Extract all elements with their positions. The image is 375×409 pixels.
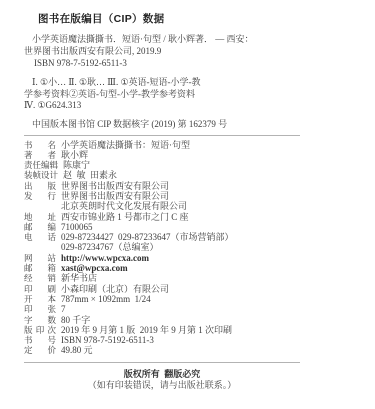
cip-classification-line: Ⅰ. ①小… Ⅱ. ①耿… Ⅲ. ①英语-短语-小学-教 [24, 77, 300, 89]
info-label: 网站 [24, 253, 56, 263]
info-row: 印张7 [24, 304, 300, 314]
divider-top [24, 135, 300, 136]
cip-heading: 图书在版编目（CIP）数据 [24, 13, 300, 25]
info-value-line: 西安市锦业路 1 号都市之门 C 座 [61, 212, 189, 222]
errata-notice: （如有印装错误，请与出版社联系。） [24, 380, 300, 391]
info-row: 字数80 千字 [24, 315, 300, 325]
info-value: 7 [61, 304, 66, 314]
info-value-line: 2019 年 9 月第 1 版 2019 年 9 月第 1 次印刷 [61, 325, 232, 335]
info-value: 世界图书出版西安有限公司北京英朗时代文化发展有限公司 [61, 191, 187, 212]
info-row: 书名小学英语魔法撕撕书：短语·句型 [24, 140, 300, 150]
info-value-line: 7 [61, 304, 66, 314]
info-row: 电话029-87234427 029-87233647（市场营销部）029-87… [24, 232, 300, 253]
info-value-line: 029-87234767（总编室） [61, 242, 234, 252]
info-row: 印刷小森印刷（北京）有限公司 [24, 284, 300, 294]
info-row: 邮编7100065 [24, 222, 300, 232]
cip-classification-line: Ⅳ. ①G624.313 [24, 100, 300, 112]
info-value: 小学英语魔法撕撕书：短语·句型 [61, 140, 190, 150]
info-value-line: 世界图书出版西安有限公司 [61, 181, 169, 191]
info-row: 装帧设计赵 敏 田素永 [24, 170, 300, 180]
info-value: 西安市锦业路 1 号都市之门 C 座 [61, 212, 189, 222]
info-value-line: 新华书店 [61, 273, 97, 283]
info-value: ISBN 978-7-5192-6511-3 [61, 335, 154, 345]
info-value-line: ISBN 978-7-5192-6511-3 [61, 335, 154, 345]
info-label: 开本 [24, 294, 56, 304]
info-value: xast@wpcxa.com [61, 263, 128, 273]
info-label: 发行 [24, 191, 56, 201]
info-value-line: http://www.wpcxa.com [61, 253, 149, 263]
info-label: 著者 [24, 150, 56, 160]
info-value: 赵 敏 田素永 [63, 170, 117, 180]
info-label: 印张 [24, 304, 56, 314]
info-row: 地址西安市锦业路 1 号都市之门 C 座 [24, 212, 300, 222]
info-row: 著者耿小辉 [24, 150, 300, 160]
info-value-line: 陈康宁 [63, 160, 90, 170]
publication-info-table: 书名小学英语魔法撕撕书：短语·句型著者耿小辉责任编辑陈康宁装帧设计赵 敏 田素永… [24, 140, 300, 356]
info-label: 装帧设计 [24, 170, 58, 180]
cip-classification-paragraph: Ⅰ. ①小… Ⅱ. ①耿… Ⅲ. ①英语-短语-小学-教学参考资料②英语-句型-… [24, 77, 300, 112]
footer: 版权所有 翻版必究 （如有印装错误，请与出版社联系。） [24, 369, 300, 391]
info-label: 书名 [24, 140, 56, 150]
info-row: 开本787mm × 1092mm 1/24 [24, 294, 300, 304]
info-value-line: 赵 敏 田素永 [63, 170, 117, 180]
info-value-line: 北京英朗时代文化发展有限公司 [61, 201, 187, 211]
info-label: 印刷 [24, 284, 56, 294]
info-row: 定价49.80 元 [24, 345, 300, 355]
info-value-line: 49.80 元 [61, 345, 93, 355]
info-value-line: 世界图书出版西安有限公司 [61, 191, 187, 201]
info-label: 定价 [24, 345, 56, 355]
info-value: 新华书店 [61, 273, 97, 283]
info-label: 邮编 [24, 222, 56, 232]
cip-citation-line: 世界图书出版西安有限公司, 2019.9 [24, 45, 300, 57]
info-row: 出版世界图书出版西安有限公司 [24, 181, 300, 191]
info-value: 耿小辉 [61, 150, 88, 160]
info-label: 出版 [24, 181, 56, 191]
info-label: 电话 [24, 232, 56, 242]
cip-classification-line: 学参考资料②英语-句型-小学-教学参考资料 [24, 89, 300, 101]
info-value-line: 小森印刷（北京）有限公司 [61, 284, 169, 294]
info-label: 版印次 [24, 325, 56, 335]
info-label: 字数 [24, 315, 56, 325]
cip-citation-paragraph: 小学英语魔法撕撕书．短语·句型 / 耿小辉著． — 西安：世界图书出版西安有限公… [24, 33, 300, 69]
colophon-content: 图书在版编目（CIP）数据 小学英语魔法撕撕书．短语·句型 / 耿小辉著． — … [24, 13, 300, 391]
info-label: 地址 [24, 212, 56, 222]
divider-bottom [24, 362, 300, 363]
info-value: 7100065 [61, 222, 93, 232]
info-row: 责任编辑陈康宁 [24, 160, 300, 170]
info-value-line: 80 千字 [61, 315, 90, 325]
info-value: 陈康宁 [63, 160, 90, 170]
info-value: 2019 年 9 月第 1 版 2019 年 9 月第 1 次印刷 [61, 325, 232, 335]
info-value: 49.80 元 [61, 345, 93, 355]
colophon-page: 图书在版编目（CIP）数据 小学英语魔法撕撕书．短语·句型 / 耿小辉著． — … [0, 0, 375, 409]
info-value: 787mm × 1092mm 1/24 [61, 294, 151, 304]
info-row: 邮箱xast@wpcxa.com [24, 263, 300, 273]
info-label: 书号 [24, 335, 56, 345]
info-row: 经销新华书店 [24, 273, 300, 283]
info-row: 网站http://www.wpcxa.com [24, 253, 300, 263]
info-value-line: 耿小辉 [61, 150, 88, 160]
info-value-line: 小学英语魔法撕撕书：短语·句型 [61, 140, 190, 150]
info-value: 029-87234427 029-87233647（市场营销部）029-8723… [61, 232, 234, 253]
info-label: 邮箱 [24, 263, 56, 273]
info-row: 发行世界图书出版西安有限公司北京英朗时代文化发展有限公司 [24, 191, 300, 212]
info-value: 世界图书出版西安有限公司 [61, 181, 169, 191]
info-label: 经销 [24, 273, 56, 283]
info-row: 书号ISBN 978-7-5192-6511-3 [24, 335, 300, 345]
info-row: 版印次2019 年 9 月第 1 版 2019 年 9 月第 1 次印刷 [24, 325, 300, 335]
info-value: http://www.wpcxa.com [61, 253, 149, 263]
info-value-line: 7100065 [61, 222, 93, 232]
cip-citation-line: 小学英语魔法撕撕书．短语·句型 / 耿小辉著． — 西安： [24, 33, 300, 45]
info-value: 小森印刷（北京）有限公司 [61, 284, 169, 294]
info-value-line: xast@wpcxa.com [61, 263, 128, 273]
cip-citation-line: ISBN 978-7-5192-6511-3 [24, 57, 300, 69]
info-value: 80 千字 [61, 315, 90, 325]
cip-record-number: 中国版本图书馆 CIP 数据核字 (2019) 第 162379 号 [24, 118, 300, 130]
info-value-line: 787mm × 1092mm 1/24 [61, 294, 151, 304]
copyright-notice: 版权所有 翻版必究 [24, 369, 300, 380]
info-label: 责任编辑 [24, 160, 58, 170]
info-value-line: 029-87234427 029-87233647（市场营销部） [61, 232, 234, 242]
